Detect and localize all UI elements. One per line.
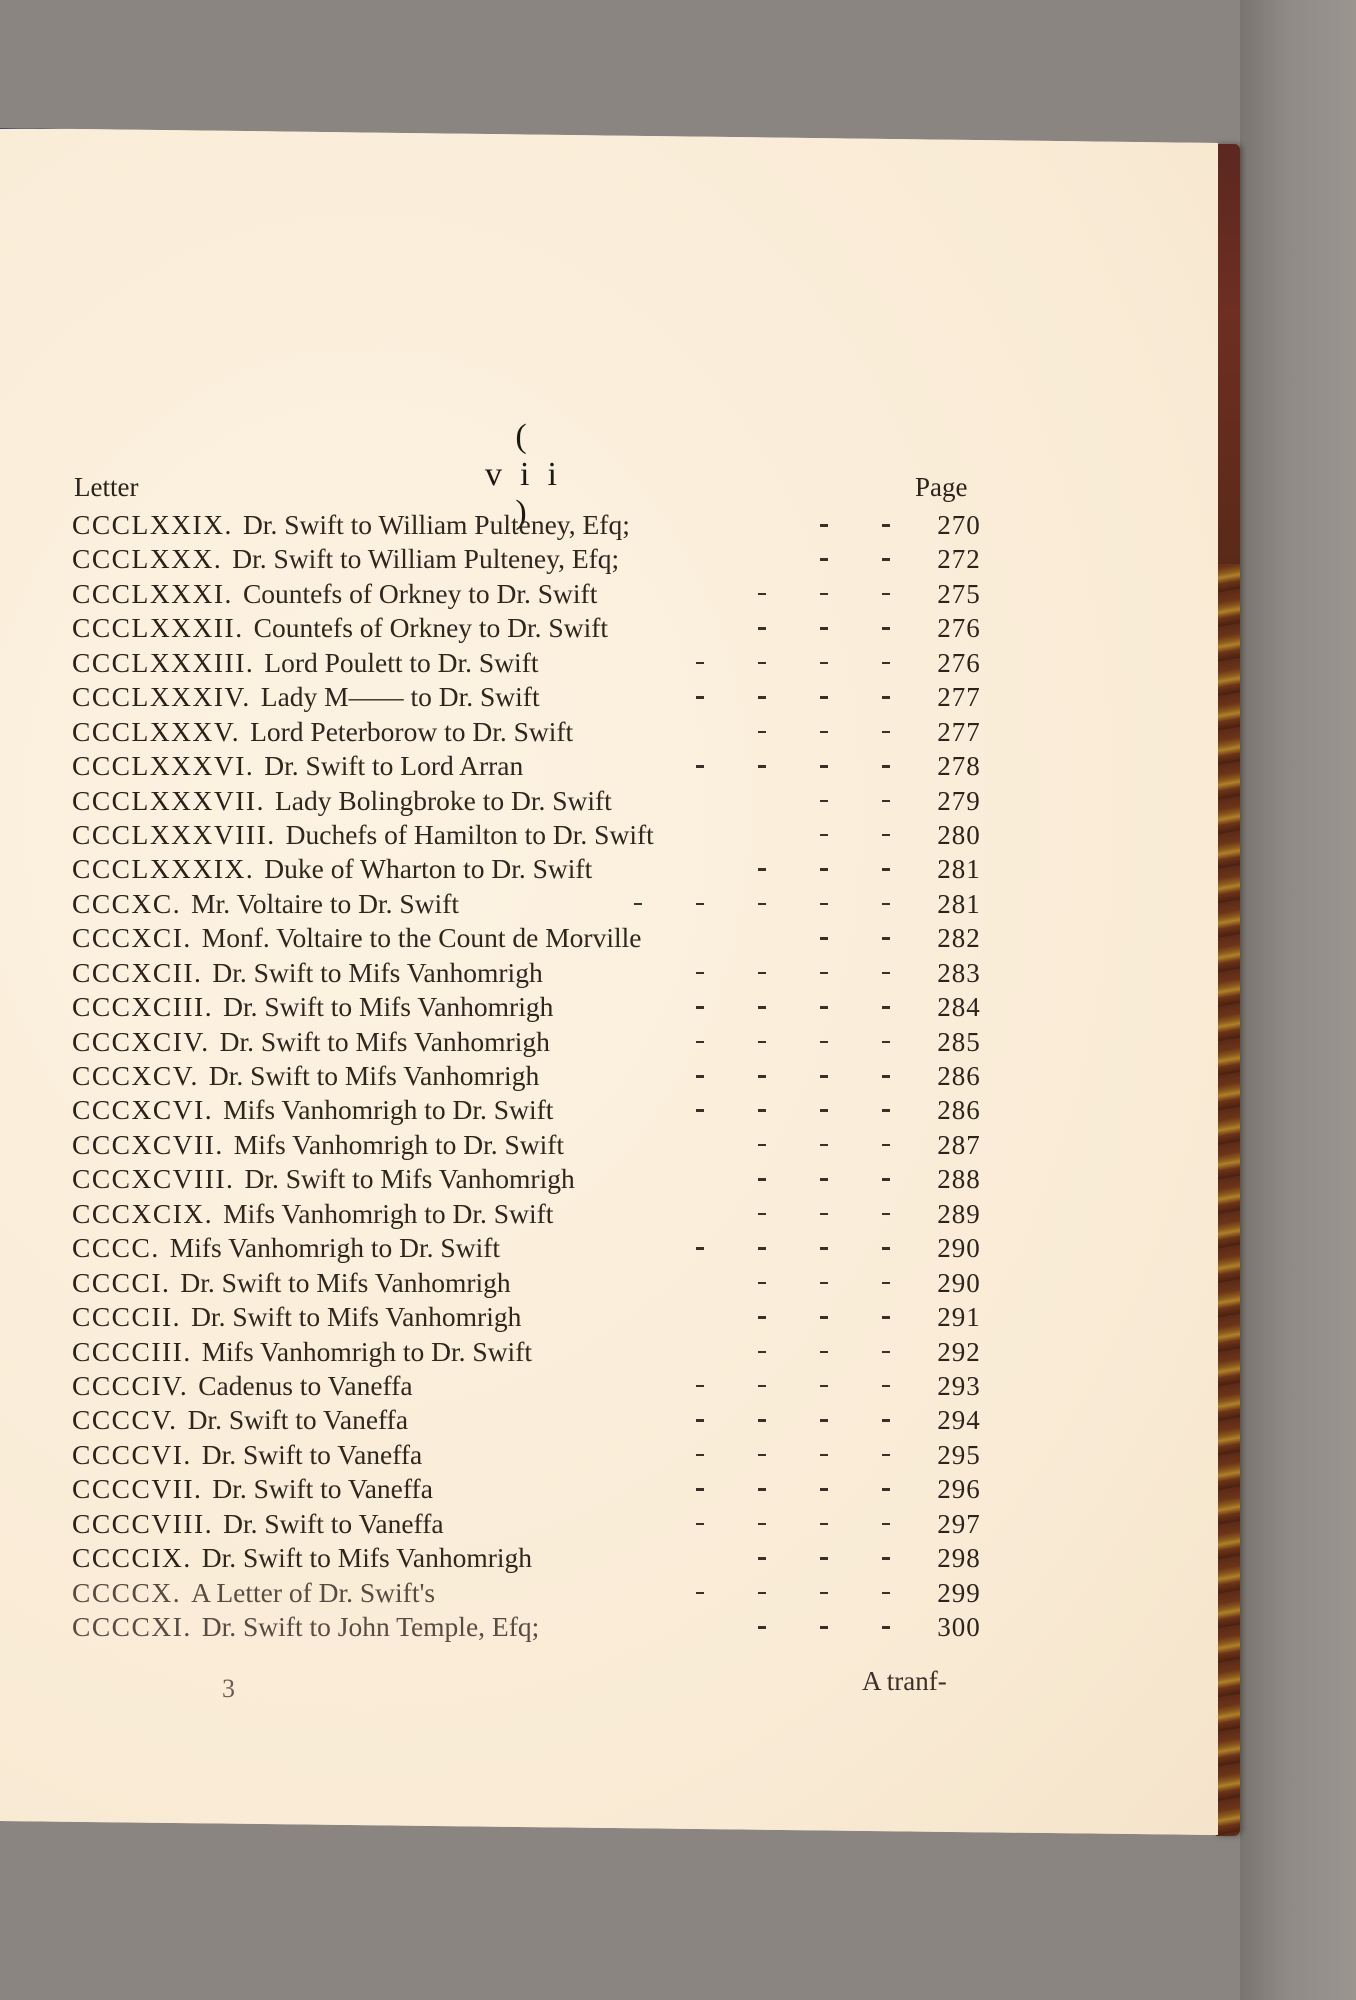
letter-title: Dr. Swift to Vaneffa [223,1508,443,1539]
contents-entry: CCCCVI.Dr. Swift to Vaneffa295 [72,1438,992,1472]
page-number: 281 [924,887,994,921]
dash-leader [696,1592,704,1595]
letter-number: CCCLXXXIX. [72,853,254,884]
letter-title: Duchefs of Hamilton to Dr. Swift [286,819,654,850]
page-number: 299 [924,1576,994,1610]
dash-leader [820,524,828,527]
contents-entry: CCCLXXXIV.Lady M—— to Dr. Swift277 [72,680,992,714]
dash-leader [882,1006,890,1009]
dash-leader [882,524,890,527]
dash-leader [758,662,766,665]
contents-entry: CCCLXXXIII.Lord Poulett to Dr. Swift276 [72,646,992,680]
page-number: 288 [924,1162,994,1196]
letter-number: CCCCVIII. [72,1508,213,1539]
letter-number: CCCCXI. [72,1611,192,1642]
dash-leader [882,868,890,871]
page-number: 284 [924,990,994,1024]
letter-number: CCCCIX. [72,1542,192,1573]
page-number: 279 [924,784,994,818]
dash-leader [882,1247,890,1250]
dash-leader [882,1626,890,1629]
dash-leader [758,1488,766,1491]
dash-leader [758,972,766,975]
catchword: A tranf- [862,1666,947,1697]
contents-entry: CCCXCV.Dr. Swift to Mifs Vanhomrigh286 [72,1059,992,1093]
contents-entry: CCCLXXXVI.Dr. Swift to Lord Arran278 [72,749,992,783]
page-number: 270 [924,508,994,542]
contents-entry: CCCXCI.Monf. Voltaire to the Count de Mo… [72,921,992,955]
letter-title: Dr. Swift to Vaneffa [212,1473,432,1504]
page-number: 277 [924,715,994,749]
letter-number: CCCLXXXV. [72,716,240,747]
dash-leader [696,1385,704,1388]
page-number: 293 [924,1369,994,1403]
dash-leader [882,558,890,561]
dash-leader [758,1144,766,1147]
page-number: 276 [924,646,994,680]
letter-number: CCCC. [72,1232,160,1263]
background-shadow [1240,0,1356,2000]
dash-leader [882,1351,890,1354]
contents-entry: CCCCV.Dr. Swift to Vaneffa294 [72,1403,992,1437]
letter-number: CCCXCIII. [72,991,213,1022]
dash-leader [696,1006,704,1009]
page-number: 283 [924,956,994,990]
letter-number: CCCLXXIX. [72,509,233,540]
dash-leader [820,800,828,803]
letter-title: Dr. Swift to Vaneffa [202,1439,422,1470]
page-number: 278 [924,749,994,783]
dash-leader [758,1213,766,1216]
letter-title: Dr. Swift to Mifs Vanhomrigh [180,1267,510,1298]
contents-entry: CCCLXXX.Dr. Swift to William Pulteney, E… [72,542,992,576]
contents-entry: CCCLXXIX.Dr. Swift to William Pulteney, … [72,508,992,542]
dash-leader [820,1419,828,1422]
page-number: 285 [924,1025,994,1059]
page-number: 282 [924,921,994,955]
dash-leader [882,1109,890,1112]
dash-leader [758,1041,766,1044]
dash-leader [820,662,828,665]
letter-number: CCCCIII. [72,1336,192,1367]
leader-dashes [72,1369,892,1403]
letter-number: CCCXCVIII. [72,1163,234,1194]
contents-entry: CCCCI.Dr. Swift to Mifs Vanhomrigh290 [72,1266,992,1300]
dash-leader [820,1351,828,1354]
contents-entry: CCCLXXXIX.Duke of Wharton to Dr. Swift28… [72,852,992,886]
letter-title: Cadenus to Vaneffa [198,1370,412,1401]
page-number: 272 [924,542,994,576]
dash-leader [882,972,890,975]
letter-title: Dr. Swift to Mifs Vanhomrigh [212,957,542,988]
dash-leader [758,1523,766,1526]
contents-entry: CCCCVII.Dr. Swift to Vaneffa296 [72,1472,992,1506]
contents-entry: CCCCX.A Letter of Dr. Swift's299 [72,1576,992,1610]
dash-leader [758,1454,766,1457]
dash-leader [758,903,766,906]
book-binding-edge-top [1216,144,1240,564]
letter-number: CCCLXXX. [72,543,222,574]
dash-leader [882,765,890,768]
dash-leader [820,1075,828,1078]
dash-leader [820,1316,828,1319]
letter-title: Dr. Swift to John Temple, Efq; [202,1611,539,1642]
dash-leader [882,1144,890,1147]
dash-leader [820,593,828,596]
dash-leader [696,765,704,768]
dash-leader [758,731,766,734]
contents-entry: CCCLXXXVII.Lady Bolingbroke to Dr. Swift… [72,784,992,818]
dash-leader [696,972,704,975]
page-number: 280 [924,818,994,852]
letter-number: CCCLXXXI. [72,578,233,609]
dash-leader [820,1488,828,1491]
letter-title: Countefs of Orkney to Dr. Swift [243,578,597,609]
contents-entry: CCCCII.Dr. Swift to Mifs Vanhomrigh291 [72,1300,992,1334]
dash-leader [820,834,828,837]
letter-number: CCCXCI. [72,922,192,953]
letter-number: CCCCIV. [72,1370,188,1401]
letter-title: Mifs Vanhomrigh to Dr. Swift [234,1129,564,1160]
dash-leader [820,903,828,906]
dash-leader [820,1454,828,1457]
dash-leader [882,1178,890,1181]
contents-entry: CCCCXI.Dr. Swift to John Temple, Efq;300 [72,1610,992,1644]
letter-number: CCCLXXXIV. [72,681,251,712]
dash-leader [758,627,766,630]
dash-leader [696,1109,704,1112]
dash-leader [696,1247,704,1250]
contents-entry: CCCLXXXI.Countefs of Orkney to Dr. Swift… [72,577,992,611]
dash-leader [882,834,890,837]
dash-leader [882,696,890,699]
letter-title: Dr. Swift to Mifs Vanhomrigh [220,1026,550,1057]
dash-leader [820,1178,828,1181]
dash-leader [758,1109,766,1112]
page-number: 275 [924,577,994,611]
dash-leader [634,903,642,906]
contents-entry: CCCCIX.Dr. Swift to Mifs Vanhomrigh298 [72,1541,992,1575]
dash-leader [758,1419,766,1422]
letter-title: Dr. Swift to William Pulteney, Efq; [243,509,630,540]
letter-title: Monf. Voltaire to the Count de Morville [202,922,642,953]
page-number: 286 [924,1093,994,1127]
letter-title: Lady M—— to Dr. Swift [261,681,540,712]
contents-entry: CCCXCIX.Mifs Vanhomrigh to Dr. Swift289 [72,1197,992,1231]
dash-leader [758,1385,766,1388]
letter-number: CCCLXXXIII. [72,647,254,678]
dash-leader [696,696,704,699]
dash-leader [882,903,890,906]
dash-leader [758,1592,766,1595]
contents-entry: CCCXCIII.Dr. Swift to Mifs Vanhomrigh284 [72,990,992,1024]
dash-leader [696,1523,704,1526]
dash-leader [820,1041,828,1044]
dash-leader [820,558,828,561]
dash-leader [820,868,828,871]
dash-leader [882,1523,890,1526]
dash-leader [882,937,890,940]
contents-entry: CCCCVIII.Dr. Swift to Vaneffa297 [72,1507,992,1541]
dash-leader [696,1075,704,1078]
letter-number: CCCXCVII. [72,1129,224,1160]
dash-leader [882,1213,890,1216]
page-number: 296 [924,1472,994,1506]
letter-number: CCCCV. [72,1404,178,1435]
dash-leader [758,868,766,871]
dash-leader [696,1041,704,1044]
letter-title: Lord Poulett to Dr. Swift [264,647,538,678]
dash-leader [758,1247,766,1250]
dash-leader [882,1316,890,1319]
contents-list: CCCLXXIX.Dr. Swift to William Pulteney, … [72,508,992,1644]
letter-title: Dr. Swift to Mifs Vanhomrigh [191,1301,521,1332]
dash-leader [820,972,828,975]
letter-number: CCCCVI. [72,1439,192,1470]
letter-number: CCCLXXXII. [72,612,244,643]
leader-dashes [72,1438,892,1472]
letter-title: Lord Peterborow to Dr. Swift [250,716,573,747]
dash-leader [758,1557,766,1560]
contents-entry: CCCCIV.Cadenus to Vaneffa293 [72,1369,992,1403]
dash-leader [820,1006,828,1009]
dash-leader [882,731,890,734]
page-number: 300 [924,1610,994,1644]
letter-title: Dr. Swift to Mifs Vanhomrigh [223,991,553,1022]
page-number: 298 [924,1541,994,1575]
letter-number: CCCCI. [72,1267,170,1298]
signature-mark: 3 [222,1674,235,1704]
dash-leader [882,1592,890,1595]
page-number: 286 [924,1059,994,1093]
contents-entry: CCCXCII.Dr. Swift to Mifs Vanhomrigh283 [72,956,992,990]
dash-leader [758,1178,766,1181]
letter-number: CCCLXXXVII. [72,785,265,816]
dash-leader [882,1075,890,1078]
letter-title: Mr. Voltaire to Dr. Swift [191,888,459,919]
letter-number: CCCXCIV. [72,1026,210,1057]
dash-leader [758,765,766,768]
dash-leader [882,627,890,630]
letter-title: Duke of Wharton to Dr. Swift [264,853,592,884]
dash-leader [882,1419,890,1422]
contents-entry: CCCLXXXV.Lord Peterborow to Dr. Swift277 [72,715,992,749]
dash-leader [758,1316,766,1319]
page-number: 281 [924,852,994,886]
dash-leader [882,1557,890,1560]
letter-number: CCCXCVI. [72,1094,213,1125]
dash-leader [882,1454,890,1457]
dash-leader [882,662,890,665]
dash-leader [758,1075,766,1078]
page-number: 287 [924,1128,994,1162]
letter-number: CCCXCIX. [72,1198,213,1229]
letter-number: CCCXCII. [72,957,202,988]
dash-leader [820,627,828,630]
dash-leader [696,1488,704,1491]
page-number: 292 [924,1335,994,1369]
letter-number: CCCLXXXVI. [72,750,254,781]
page-number: 289 [924,1197,994,1231]
page-number: 276 [924,611,994,645]
dash-leader [820,1144,828,1147]
dash-leader [820,1626,828,1629]
dash-leader [882,1282,890,1285]
dash-leader [820,731,828,734]
letter-title: Dr. Swift to Mifs Vanhomrigh [244,1163,574,1194]
letter-number: CCCCII. [72,1301,181,1332]
dash-leader [882,800,890,803]
dash-leader [820,1385,828,1388]
column-header-page: Page [915,472,967,503]
dash-leader [758,696,766,699]
dash-leader [820,1247,828,1250]
dash-leader [820,1213,828,1216]
book-page: ( vii ) Letter Page CCCLXXIX.Dr. Swift t… [0,128,1218,1835]
letter-number: CCCCX. [72,1577,181,1608]
dash-leader [820,1109,828,1112]
page-number: 290 [924,1231,994,1265]
letter-number: CCCCVII. [72,1473,202,1504]
letter-title: Mifs Vanhomrigh to Dr. Swift [223,1198,553,1229]
dash-leader [820,696,828,699]
dash-leader [696,1419,704,1422]
dash-leader [696,1454,704,1457]
dash-leader [820,765,828,768]
page-number: 290 [924,1266,994,1300]
dash-leader [882,1041,890,1044]
contents-entry: CCCC.Mifs Vanhomrigh to Dr. Swift290 [72,1231,992,1265]
dash-leader [758,1006,766,1009]
letter-title: Mifs Vanhomrigh to Dr. Swift [202,1336,532,1367]
dash-leader [882,593,890,596]
dash-leader [758,593,766,596]
dash-leader [758,1351,766,1354]
letter-number: CCCXCV. [72,1060,199,1091]
letter-title: Dr. Swift to Mifs Vanhomrigh [209,1060,539,1091]
contents-entry: CCCXCVII.Mifs Vanhomrigh to Dr. Swift287 [72,1128,992,1162]
letter-title: Dr. Swift to Mifs Vanhomrigh [202,1542,532,1573]
dash-leader [696,903,704,906]
contents-entry: CCCXC.Mr. Voltaire to Dr. Swift281 [72,887,992,921]
dash-leader [758,1282,766,1285]
letter-title: Countefs of Orkney to Dr. Swift [254,612,608,643]
dash-leader [820,1592,828,1595]
page-number: 297 [924,1507,994,1541]
contents-entry: CCCLXXXVIII.Duchefs of Hamilton to Dr. S… [72,818,992,852]
contents-entry: CCCCIII.Mifs Vanhomrigh to Dr. Swift292 [72,1335,992,1369]
dash-leader [820,1557,828,1560]
letter-number: CCCXC. [72,888,181,919]
column-header-letter: Letter [74,472,138,503]
contents-entry: CCCXCVI.Mifs Vanhomrigh to Dr. Swift286 [72,1093,992,1127]
letter-title: Dr. Swift to William Pulteney, Efq; [232,543,619,574]
page-number: 277 [924,680,994,714]
letter-title: Lady Bolingbroke to Dr. Swift [275,785,612,816]
page-content: ( vii ) Letter Page CCCLXXIX.Dr. Swift t… [0,128,1218,1835]
page-number: 295 [924,1438,994,1472]
dash-leader [758,1626,766,1629]
dash-leader [882,1488,890,1491]
contents-entry: CCCXCIV.Dr. Swift to Mifs Vanhomrigh285 [72,1025,992,1059]
dash-leader [820,1523,828,1526]
letter-title: A Letter of Dr. Swift's [191,1577,435,1608]
contents-entry: CCCXCVIII.Dr. Swift to Mifs Vanhomrigh28… [72,1162,992,1196]
dash-leader [696,662,704,665]
dash-leader [820,937,828,940]
contents-entry: CCCLXXXII.Countefs of Orkney to Dr. Swif… [72,611,992,645]
page-number: 294 [924,1403,994,1437]
dash-leader [820,1282,828,1285]
letter-number: CCCLXXXVIII. [72,819,276,850]
dash-leader [882,1385,890,1388]
letter-title: Dr. Swift to Vaneffa [188,1404,408,1435]
page-number: 291 [924,1300,994,1334]
letter-title: Dr. Swift to Lord Arran [264,750,523,781]
letter-title: Mifs Vanhomrigh to Dr. Swift [223,1094,553,1125]
letter-title: Mifs Vanhomrigh to Dr. Swift [170,1232,500,1263]
